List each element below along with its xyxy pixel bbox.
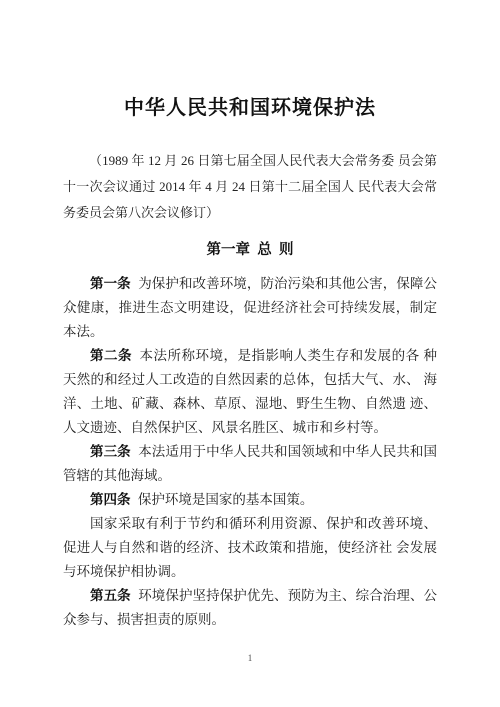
article-text-4: 保护环境是国家的基本国策。 [138,492,314,507]
article-number-1: 第一条 [90,276,131,291]
article-number-3: 第三条 [90,444,131,459]
article-paragraph-1: 第一条为保护和改善环境，防治污染和其他公害，保障公众健康，推进生态文明建设，促进… [63,272,437,344]
preamble-text: （1989 年 12 月 26 日第七届全国人民代表大会常务委 员会第十一次会议… [63,148,437,226]
article-text-5: 国家采取有利于节约和循环利用资源、保护和改善环境、促进人与自然和谐的经济、技术政… [63,516,437,579]
article-paragraph-4: 第四条保护环境是国家的基本国策。 [63,488,437,512]
document-title: 中华人民共和国环境保护法 [63,93,437,123]
document-page: 中华人民共和国环境保护法 （1989 年 12 月 26 日第七届全国人民代表大… [0,0,500,707]
article-paragraph-3: 第三条本法适用于中华人民共和国领域和中华人民共和国管辖的其他海域。 [63,440,437,488]
article-paragraph-6: 第五条环境保护坚持保护优先、预防为主、综合治理、公众参与、损害担责的原则。 [63,584,437,632]
page-number: 1 [0,653,500,663]
article-paragraph-2: 第二条本法所称环境，是指影响人类生存和发展的各 种天然的和经过人工改造的自然因素… [63,344,437,440]
chapter-heading: 第一章 总 则 [63,239,437,261]
article-number-6: 第五条 [90,588,131,603]
article-number-2: 第二条 [90,348,132,363]
article-paragraph-5: 国家采取有利于节约和循环利用资源、保护和改善环境、促进人与自然和谐的经济、技术政… [63,512,437,584]
article-number-4: 第四条 [90,492,131,507]
